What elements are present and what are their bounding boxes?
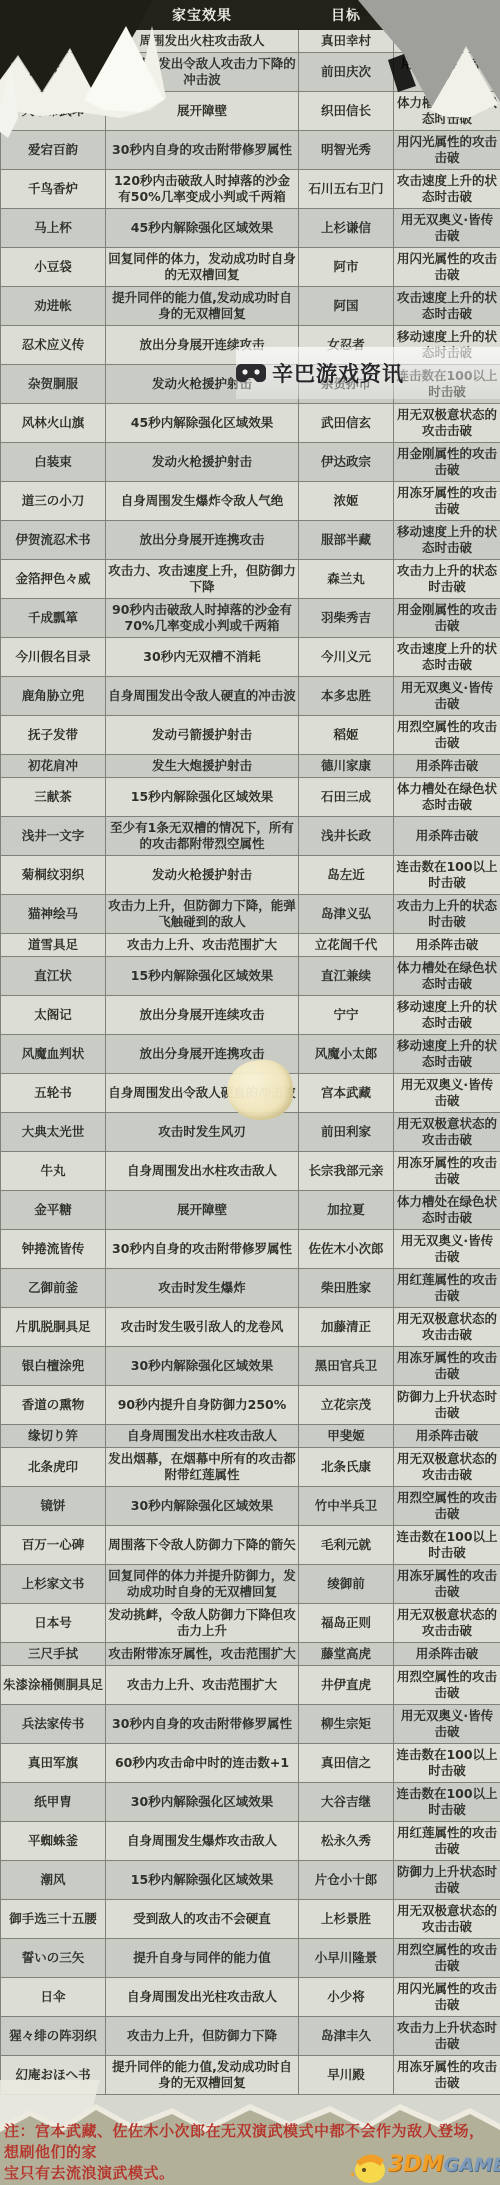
treasure-name-cell: 真田军旗 [1, 1744, 106, 1783]
effect-cell: 15秒内解除强化区域效果 [106, 957, 299, 996]
effect-cell: 发动火枪援护射击 [106, 856, 299, 895]
break-condition-cell: 体力槽处在绿色状态时击破 [394, 957, 500, 996]
table-row: 伊贺流忍术书 放出分身展开连携攻击 服部半藏 移动速度上升的状态时击破 [1, 521, 500, 560]
target-cell: 浓姬 [299, 482, 394, 521]
effect-cell: 受到敌人的攻击不会硬直 [106, 1900, 299, 1939]
table-row: 兵法家传书 30秒内自身的攻击附带修罗属性 柳生宗矩 用无双奥义·皆传击破 [1, 1705, 500, 1744]
break-condition-cell: 用无双奥义·皆传击破 [394, 209, 500, 248]
effect-cell: 提升自身与同伴的能力值 [106, 1939, 299, 1978]
treasure-name-cell: 风魔血判状 [1, 1035, 106, 1074]
break-condition-cell: 攻击速度上升的状态时击破 [394, 287, 500, 326]
treasure-name-cell: 三尺手拭 [1, 1643, 106, 1666]
treasure-name-cell: 道三の小刀 [1, 482, 106, 521]
target-cell: 上杉谦信 [299, 209, 394, 248]
break-condition-cell: 用杀阵击破 [394, 1425, 500, 1448]
target-cell: 加藤清正 [299, 1308, 394, 1347]
target-cell: 稻姬 [299, 716, 394, 755]
target-cell: 松永久秀 [299, 1822, 394, 1861]
table-row: 缘切り笄 自身周围发出水柱攻击敌人 甲斐姬 用杀阵击破 [1, 1425, 500, 1448]
treasure-name-cell: 爱宕百韵 [1, 131, 106, 170]
header-target: 目标 [299, 1, 394, 30]
effect-cell: 攻击时发生吸引敌人的龙卷风 [106, 1308, 299, 1347]
target-cell: 加拉夏 [299, 1191, 394, 1230]
treasure-name-cell: 朱漆涂桶侧胴具足 [1, 1666, 106, 1705]
target-cell: 浅井长政 [299, 817, 394, 856]
effect-cell: 45秒内解除强化区域效果 [106, 209, 299, 248]
table-row: 天下布武印 展开障壁 织田信长 体力槽处在绿色状态时击破 [1, 92, 500, 131]
target-cell: 小早川隆景 [299, 1939, 394, 1978]
target-cell: 藤堂高虎 [299, 1643, 394, 1666]
break-condition-cell: 用红莲属性的攻击击破 [394, 1822, 500, 1861]
target-cell: 伊达政宗 [299, 443, 394, 482]
treasure-name-cell: 风林火山旗 [1, 404, 106, 443]
effect-cell: 90秒内提升自身防御力250% [106, 1386, 299, 1425]
treasure-name-cell: 平蜘蛛釜 [1, 1822, 106, 1861]
effect-cell: 30秒内解除强化区域效果 [106, 1347, 299, 1386]
table-row: 钟捲流皆传 30秒内自身的攻击附带修罗属性 佐佐木小次郎 用无双奥义·皆传击破 [1, 1230, 500, 1269]
break-condition-cell: 用冻牙属性的攻击击破 [394, 1347, 500, 1386]
effect-cell: 提升同伴的能力值,发动成功时自身的无双槽回复 [106, 2056, 299, 2095]
break-condition-cell: 用无双奥义·皆传击破 [394, 677, 500, 716]
break-condition-cell: 移动速度上升的状态时击破 [394, 996, 500, 1035]
effect-cell: 放出分身展开连携攻击 [106, 521, 299, 560]
target-cell: 长宗我部元亲 [299, 1152, 394, 1191]
table-row: 誓いの三矢 提升自身与同伴的能力值 小早川隆景 用烈空属性的攻击击破 [1, 1939, 500, 1978]
treasure-name-cell: 誓いの三矢 [1, 1939, 106, 1978]
target-cell: 德川家康 [299, 755, 394, 778]
target-cell: 立花宗茂 [299, 1386, 394, 1425]
treasure-name-cell: 金平糖 [1, 1191, 106, 1230]
target-cell: 黑田官兵卫 [299, 1347, 394, 1386]
target-cell: 柳生宗矩 [299, 1705, 394, 1744]
target-cell: 宁宁 [299, 996, 394, 1035]
break-condition-cell: 攻击力上升的状态时击破 [394, 560, 500, 599]
treasure-name-cell: 三献茶 [1, 778, 106, 817]
effect-cell: 30秒内自身的攻击附带修罗属性 [106, 1230, 299, 1269]
break-condition-cell: 攻击力上升状态时击破 [394, 2017, 500, 2056]
table-row: 真田军旗 60秒内攻击命中时的连击数+1 真田信之 连击数在100以上时击破 [1, 1744, 500, 1783]
target-cell: 上杉景胜 [299, 1900, 394, 1939]
effect-cell: 自身周围发出水柱攻击敌人 [106, 1425, 299, 1448]
effect-cell: 自身周围发出光柱攻击敌人 [106, 1978, 299, 2017]
treasure-name-cell: 马上杯 [1, 209, 106, 248]
table-row: 爱宕百韵 30秒内自身的攻击附带修罗属性 明智光秀 用闪光属性的攻击击破 [1, 131, 500, 170]
treasure-name-cell: 五轮书 [1, 1074, 106, 1113]
table-row: 牛丸 自身周围发出水柱攻击敌人 长宗我部元亲 用冻牙属性的攻击击破 [1, 1152, 500, 1191]
target-cell: 石田三成 [299, 778, 394, 817]
effect-cell: 自身周围发出水柱攻击敌人 [106, 1152, 299, 1191]
target-cell: 织田信长 [299, 92, 394, 131]
target-cell: 阿市 [299, 248, 394, 287]
table-row: 浅井一文字 至少有1条无双槽的情况下，所有的攻击都附带烈空属性 浅井长政 用杀阵… [1, 817, 500, 856]
break-condition-cell: 用无双极意状态的攻击击破 [394, 1900, 500, 1939]
effect-cell: 30秒内解除强化区域效果 [106, 1783, 299, 1822]
target-cell: 大谷吉继 [299, 1783, 394, 1822]
effect-cell: 攻击附带冻牙属性，攻击范围扩大 [106, 1643, 299, 1666]
effect-cell: 展开障壁 [106, 92, 299, 131]
table-row: 风林火山旗 45秒内解除强化区域效果 武田信玄 用无双极意状态的攻击击破 [1, 404, 500, 443]
table-row: 马上杯 45秒内解除强化区域效果 上杉谦信 用无双奥义·皆传击破 [1, 209, 500, 248]
effect-cell: 45秒内解除强化区域效果 [106, 404, 299, 443]
table-row: 金箔押色々威 攻击力、攻击速度上升，但防御力下降 森兰丸 攻击力上升的状态时击破 [1, 560, 500, 599]
break-condition-cell: 用冻牙属性的攻击击破 [394, 1565, 500, 1604]
table-row: 直江状 15秒内解除强化区域效果 直江兼续 体力槽处在绿色状态时击破 [1, 957, 500, 996]
target-cell: 风魔小太郎 [299, 1035, 394, 1074]
watermark-simba-text: 辛巴游戏资讯 [272, 358, 404, 388]
effect-cell: 发动火枪援护射击 [106, 443, 299, 482]
table-row: 千鸟香炉 120秒内击破敌人时掉落的沙金有50%几率变成小判或千两箱 石川五右卫… [1, 170, 500, 209]
target-cell: 绫御前 [299, 1565, 394, 1604]
break-condition-cell: 用杀阵击破 [394, 934, 500, 957]
break-condition-cell: 连击数在100以上时击破 [394, 1744, 500, 1783]
treasure-name-cell: 银白檀涂兜 [1, 1347, 106, 1386]
effect-cell: 展开障壁 [106, 1191, 299, 1230]
treasure-name-cell: 御手选三十五腰 [1, 1900, 106, 1939]
treasure-name-cell: 牛丸 [1, 1152, 106, 1191]
target-cell: 佐佐木小次郎 [299, 1230, 394, 1269]
treasure-name-cell: 幻庵おほへ书 [1, 2056, 106, 2095]
effect-cell: 120秒内击破敌人时掉落的沙金有50%几率变成小判或千两箱 [106, 170, 299, 209]
effect-cell: 周围落下令敌人防御力下降的箭矢 [106, 1526, 299, 1565]
effect-cell: 30秒内解除强化区域效果 [106, 1487, 299, 1526]
target-cell: 前田庆次 [299, 53, 394, 92]
table-row: 初花肩冲 发生大炮援护射击 德川家康 用杀阵击破 [1, 755, 500, 778]
break-condition-cell: 用杀阵击破 [394, 755, 500, 778]
treasure-name-cell: 香道の熏物 [1, 1386, 106, 1425]
table-row: 千成瓢箪 90秒内击破敌人时掉落的沙金有70%几率变成小判或千两箱 羽柴秀吉 用… [1, 599, 500, 638]
target-cell: 明智光秀 [299, 131, 394, 170]
table-row: 三献茶 15秒内解除强化区域效果 石田三成 体力槽处在绿色状态时击破 [1, 778, 500, 817]
target-cell: 本多忠胜 [299, 677, 394, 716]
treasure-name-cell: 金箔押色々威 [1, 560, 106, 599]
table-row: 镜饼 30秒内解除强化区域效果 竹中半兵卫 用烈空属性的攻击击破 [1, 1487, 500, 1526]
mascot-chick-icon [350, 2146, 392, 2184]
target-cell: 今川义元 [299, 638, 394, 677]
break-condition-cell: 攻击速度上升的状态时击破 [394, 638, 500, 677]
effect-cell: 攻击力上升，但防御力下降 [106, 2017, 299, 2056]
header-break-condition [394, 1, 500, 30]
table-row: 三尺手拭 攻击附带冻牙属性，攻击范围扩大 藤堂高虎 用杀阵击破 [1, 1643, 500, 1666]
target-cell: 真田幸村 [299, 30, 394, 53]
effect-cell: 自身周围发生爆炸攻击敌人 [106, 1822, 299, 1861]
table-row: 猩々绯の阵羽织 攻击力上升，但防御力下降 岛津丰久 攻击力上升状态时击破 [1, 2017, 500, 2056]
break-condition-cell: 攻击力上升的状态时击破 [394, 895, 500, 934]
treasure-name-cell: 纸甲胄 [1, 1783, 106, 1822]
break-condition-cell: 用金刚属性的攻击击破 [394, 443, 500, 482]
treasure-name-cell: 劝进帐 [1, 287, 106, 326]
table-row: 今川假名目录 30秒内无双槽不消耗 今川义元 攻击速度上升的状态时击破 [1, 638, 500, 677]
header-treasure-name [1, 1, 106, 30]
target-cell: 竹中半兵卫 [299, 1487, 394, 1526]
treasure-name-cell: 千鸟香炉 [1, 170, 106, 209]
break-condition-cell: 用无双奥义·皆传击破 [394, 1705, 500, 1744]
table-row: 片肌脱胴具足 攻击时发生吸引敌人的龙卷风 加藤清正 用无双极意状态的攻击击破 [1, 1308, 500, 1347]
treasure-name-cell: 浅井一文字 [1, 817, 106, 856]
target-cell: 小少将 [299, 1978, 394, 2017]
table-row: 鹿角胁立兜 自身周围发出令敌人硬直的冲击波 本多忠胜 用无双奥义·皆传击破 [1, 677, 500, 716]
treasure-name-cell: 今川假名目录 [1, 638, 106, 677]
table-row: 幻庵おほへ书 提升同伴的能力值,发动成功时自身的无双槽回复 早川殿 用冻牙属性的… [1, 2056, 500, 2095]
break-condition-cell: 用无双极意状态的攻击击破 [394, 1308, 500, 1347]
treasure-name-cell: 猩々绯の阵羽织 [1, 2017, 106, 2056]
break-condition-cell: 攻击速度上升的状态时击破 [394, 170, 500, 209]
break-condition-cell: 用无双奥义·皆传击破 [394, 1074, 500, 1113]
treasure-name-cell: 百万一心碑 [1, 1526, 106, 1565]
treasure-name-cell: 上杉家文书 [1, 1565, 106, 1604]
break-condition-cell: 用无双奥义·皆传击破 [394, 53, 500, 92]
treasure-name-cell: 小豆袋 [1, 248, 106, 287]
break-condition-cell: 用冻牙属性的攻击击破 [394, 2056, 500, 2095]
treasure-name-cell: 初花肩冲 [1, 755, 106, 778]
table-row: 小豆袋 回复同伴的体力，发动成功时自身的无双槽回复 阿市 用闪光属性的攻击击破 [1, 248, 500, 287]
treasure-name-cell: 潮风 [1, 1861, 106, 1900]
target-cell: 森兰丸 [299, 560, 394, 599]
break-condition-cell: 移动速度上升的状态时击破 [394, 1035, 500, 1074]
target-cell: 福岛正则 [299, 1604, 394, 1643]
break-condition-cell: 用冻牙属性的攻击击破 [394, 1152, 500, 1191]
target-cell: 羽柴秀吉 [299, 599, 394, 638]
target-cell: 井伊直虎 [299, 1666, 394, 1705]
treasure-name-cell: 镜饼 [1, 1487, 106, 1526]
table-row: 纸甲胄 30秒内解除强化区域效果 大谷吉继 连击数在100以上时击破 [1, 1783, 500, 1822]
table-row: 道雪具足 攻击力上升、攻击范围扩大 立花訚千代 用杀阵击破 [1, 934, 500, 957]
target-cell: 前田利家 [299, 1113, 394, 1152]
target-cell: 岛左近 [299, 856, 394, 895]
table-row: 猫神绘马 攻击力上升，但防御力下降，能弹飞触碰到的敌人 岛津义弘 攻击力上升的状… [1, 895, 500, 934]
break-condition-cell: 体力槽处在绿色状态时击破 [394, 778, 500, 817]
treasure-name-cell: 菊桐纹羽织 [1, 856, 106, 895]
table-row: 香道の熏物 90秒内提升自身防御力250% 立花宗茂 防御力上升状态时击破 [1, 1386, 500, 1425]
break-condition-cell [394, 30, 500, 53]
table-header-row: 家宝效果 目标 [1, 1, 500, 30]
treasure-name-cell: 兵法家传书 [1, 1705, 106, 1744]
break-condition-cell: 用闪光属性的攻击击破 [394, 248, 500, 287]
table-row: 潮风 15秒内解除强化区域效果 片仓小十郎 防御力上升状态时击破 [1, 1861, 500, 1900]
treasure-name-cell: 道雪具足 [1, 934, 106, 957]
effect-cell: 自身周围发生爆炸令敌人气绝 [106, 482, 299, 521]
table-row: 菊桐纹羽织 发动火枪援护射击 岛左近 连击数在100以上时击破 [1, 856, 500, 895]
target-cell: 柴田胜家 [299, 1269, 394, 1308]
break-condition-cell: 体力槽处在绿色状态时击破 [394, 92, 500, 131]
break-condition-cell: 用红莲属性的攻击击破 [394, 1269, 500, 1308]
logo-3dm-text: 3DM [388, 2152, 443, 2177]
break-condition-cell: 用冻牙属性的攻击击破 [394, 482, 500, 521]
target-cell: 片仓小十郎 [299, 1861, 394, 1900]
break-condition-cell: 用无双极意状态的攻击击破 [394, 404, 500, 443]
treasure-name-cell: 抚子发带 [1, 716, 106, 755]
effect-cell: 攻击力上升、攻击范围扩大 [106, 1666, 299, 1705]
target-cell: 甲斐姬 [299, 1425, 394, 1448]
treasure-name-cell: 天下布武印 [1, 92, 106, 131]
target-cell: 阿国 [299, 287, 394, 326]
treasure-name-cell: 日伞 [1, 1978, 106, 2017]
treasure-name-cell: 伊贺流忍术书 [1, 521, 106, 560]
table-row: 百万一心碑 周围落下令敌人防御力下降的箭矢 毛利元就 连击数在100以上时击破 [1, 1526, 500, 1565]
treasure-name-cell: 忍术应义传 [1, 326, 106, 365]
table-row: 金平糖 展开障壁 加拉夏 体力槽处在绿色状态时击破 [1, 1191, 500, 1230]
break-condition-cell: 连击数在100以上时击破 [394, 1783, 500, 1822]
effect-cell: 周围发出火柱攻击敌人 [106, 30, 299, 53]
treasure-name-cell: 乙御前釜 [1, 1269, 106, 1308]
effect-cell: 发动挑衅，令敌人防御力下降但攻击力上升 [106, 1604, 299, 1643]
break-condition-cell: 用杀阵击破 [394, 1643, 500, 1666]
break-condition-cell: 用杀阵击破 [394, 817, 500, 856]
treasure-name-cell: 片肌脱胴具足 [1, 1308, 106, 1347]
effect-cell: 回复同伴的体力，发动成功时自身的无双槽回复 [106, 248, 299, 287]
break-condition-cell: 移动速度上升的状态时击破 [394, 521, 500, 560]
table-row: 周围发出火柱攻击敌人 真田幸村 [1, 30, 500, 53]
break-condition-cell: 用金刚属性的攻击击破 [394, 599, 500, 638]
table-row: 乙御前釜 攻击时发生爆炸 柴田胜家 用红莲属性的攻击击破 [1, 1269, 500, 1308]
break-condition-cell: 连击数在100以上时击破 [394, 856, 500, 895]
table-row: 银白檀涂兜 30秒内解除强化区域效果 黑田官兵卫 用冻牙属性的攻击击破 [1, 1347, 500, 1386]
treasure-name-cell: 鹿角胁立兜 [1, 677, 106, 716]
break-condition-cell: 体力槽处在绿色状态时击破 [394, 1191, 500, 1230]
effect-cell: 15秒内解除强化区域效果 [106, 1861, 299, 1900]
break-condition-cell: 用无双奥义·皆传击破 [394, 1230, 500, 1269]
table-row: 白装束 发动火枪援护射击 伊达政宗 用金刚属性的攻击击破 [1, 443, 500, 482]
break-condition-cell: 用烈空属性的攻击击破 [394, 1939, 500, 1978]
treasure-name-cell: 大典太光世 [1, 1113, 106, 1152]
treasure-name-cell: 钟捲流皆传 [1, 1230, 106, 1269]
target-cell: 直江兼续 [299, 957, 394, 996]
treasure-name-cell: 北条虎印 [1, 1448, 106, 1487]
effect-cell: 攻击时发生爆炸 [106, 1269, 299, 1308]
treasure-name-cell: 太阁记 [1, 996, 106, 1035]
break-condition-cell: 用闪光属性的攻击击破 [394, 131, 500, 170]
break-condition-cell: 用烈空属性的攻击击破 [394, 1666, 500, 1705]
target-cell: 石川五右卫门 [299, 170, 394, 209]
logo-game-text: GAME [443, 2154, 500, 2176]
target-cell: 立花訚千代 [299, 934, 394, 957]
effect-cell: 至少有1条无双槽的情况下，所有的攻击都附带烈空属性 [106, 817, 299, 856]
table-row: 劝进帐 提升同伴的能力值,发动成功时自身的无双槽回复 阿国 攻击速度上升的状态时… [1, 287, 500, 326]
break-condition-cell: 用无双极意状态的攻击击破 [394, 1604, 500, 1643]
treasure-table: 家宝效果 目标 周围发出火柱攻击敌人 真田幸村 道中日记 自身周围发出令敌人攻击… [0, 0, 500, 2095]
effect-cell: 自身周围发出令敌人硬直的冲击波 [106, 677, 299, 716]
effect-cell: 攻击力上升、攻击范围扩大 [106, 934, 299, 957]
effect-cell: 提升同伴的能力值,发动成功时自身的无双槽回复 [106, 287, 299, 326]
break-condition-cell: 用烈空属性的攻击击破 [394, 716, 500, 755]
table-row: 朱漆涂桶侧胴具足 攻击力上升、攻击范围扩大 井伊直虎 用烈空属性的攻击击破 [1, 1666, 500, 1705]
table-row: 道中日记 自身周围发出令敌人攻击力下降的冲击波 前田庆次 用无双奥义·皆传击破 [1, 53, 500, 92]
effect-cell: 90秒内击破敌人时掉落的沙金有70%几率变成小判或千两箱 [106, 599, 299, 638]
effect-cell: 60秒内攻击命中时的连击数+1 [106, 1744, 299, 1783]
effect-cell: 15秒内解除强化区域效果 [106, 778, 299, 817]
target-cell: 岛津义弘 [299, 895, 394, 934]
effect-cell: 攻击力上升，但防御力下降，能弹飞触碰到的敌人 [106, 895, 299, 934]
break-condition-cell: 用无双极意状态的攻击击破 [394, 1113, 500, 1152]
treasure-name-cell: 日本号 [1, 1604, 106, 1643]
treasure-name-cell: 缘切り笄 [1, 1425, 106, 1448]
target-cell: 毛利元就 [299, 1526, 394, 1565]
target-cell: 武田信玄 [299, 404, 394, 443]
gamepad-icon [236, 362, 266, 384]
treasure-name-cell: 白装束 [1, 443, 106, 482]
effect-cell: 发出烟幕，在烟幕中所有的攻击都附带红莲属性 [106, 1448, 299, 1487]
target-cell: 宫本武藏 [299, 1074, 394, 1113]
treasure-name-cell: 直江状 [1, 957, 106, 996]
table-row: 上杉家文书 回复同伴的体力并提升防御力，发动成功时自身的无双槽回复 绫御前 用冻… [1, 1565, 500, 1604]
break-condition-cell: 用烈空属性的攻击击破 [394, 1487, 500, 1526]
target-cell: 服部半藏 [299, 521, 394, 560]
effect-cell: 放出分身展开连续攻击 [106, 996, 299, 1035]
table-row: 平蜘蛛釜 自身周围发生爆炸攻击敌人 松永久秀 用红莲属性的攻击击破 [1, 1822, 500, 1861]
break-condition-cell: 防御力上升状态时击破 [394, 1861, 500, 1900]
break-condition-cell: 用闪光属性的攻击击破 [394, 1978, 500, 2017]
table-row: 北条虎印 发出烟幕，在烟幕中所有的攻击都附带红莲属性 北条氏康 用无双极意状态的… [1, 1448, 500, 1487]
treasure-name-cell: 道中日记 [1, 53, 106, 92]
effect-cell: 30秒内自身的攻击附带修罗属性 [106, 1705, 299, 1744]
table-row: 日伞 自身周围发出光柱攻击敌人 小少将 用闪光属性的攻击击破 [1, 1978, 500, 2017]
treasure-name-cell: 猫神绘马 [1, 895, 106, 934]
treasure-name-cell: 千成瓢箪 [1, 599, 106, 638]
effect-cell: 自身周围发出令敌人攻击力下降的冲击波 [106, 53, 299, 92]
effect-cell: 回复同伴的体力并提升防御力，发动成功时自身的无双槽回复 [106, 1565, 299, 1604]
watermark-simba: 辛巴游戏资讯 [236, 347, 500, 399]
effect-cell: 30秒内自身的攻击附带修罗属性 [106, 131, 299, 170]
break-condition-cell: 用无双极意状态的攻击击破 [394, 1448, 500, 1487]
effect-cell: 发生大炮援护射击 [106, 755, 299, 778]
table-row: 道三の小刀 自身周围发生爆炸令敌人气绝 浓姬 用冻牙属性的攻击击破 [1, 482, 500, 521]
effect-cell: 30秒内无双槽不消耗 [106, 638, 299, 677]
break-condition-cell: 防御力上升状态时击破 [394, 1386, 500, 1425]
treasure-name-cell [1, 30, 106, 53]
target-cell: 早川殿 [299, 2056, 394, 2095]
target-cell: 岛津丰久 [299, 2017, 394, 2056]
treasure-name-cell: 杂贺胴服 [1, 365, 106, 404]
header-effect: 家宝效果 [106, 1, 299, 30]
table-row: 太阁记 放出分身展开连续攻击 宁宁 移动速度上升的状态时击破 [1, 996, 500, 1035]
table-row: 日本号 发动挑衅，令敌人防御力下降但攻击力上升 福岛正则 用无双极意状态的攻击击… [1, 1604, 500, 1643]
target-cell: 真田信之 [299, 1744, 394, 1783]
effect-cell: 攻击力、攻击速度上升，但防御力下降 [106, 560, 299, 599]
target-cell: 北条氏康 [299, 1448, 394, 1487]
break-condition-cell: 连击数在100以上时击破 [394, 1526, 500, 1565]
effect-cell: 发动弓箭援护射击 [106, 716, 299, 755]
table-row: 御手选三十五腰 受到敌人的攻击不会硬直 上杉景胜 用无双极意状态的攻击击破 [1, 1900, 500, 1939]
table-row: 抚子发带 发动弓箭援护射击 稻姬 用烈空属性的攻击击破 [1, 716, 500, 755]
watermark-3dm: 3DMGAME [388, 2152, 500, 2177]
